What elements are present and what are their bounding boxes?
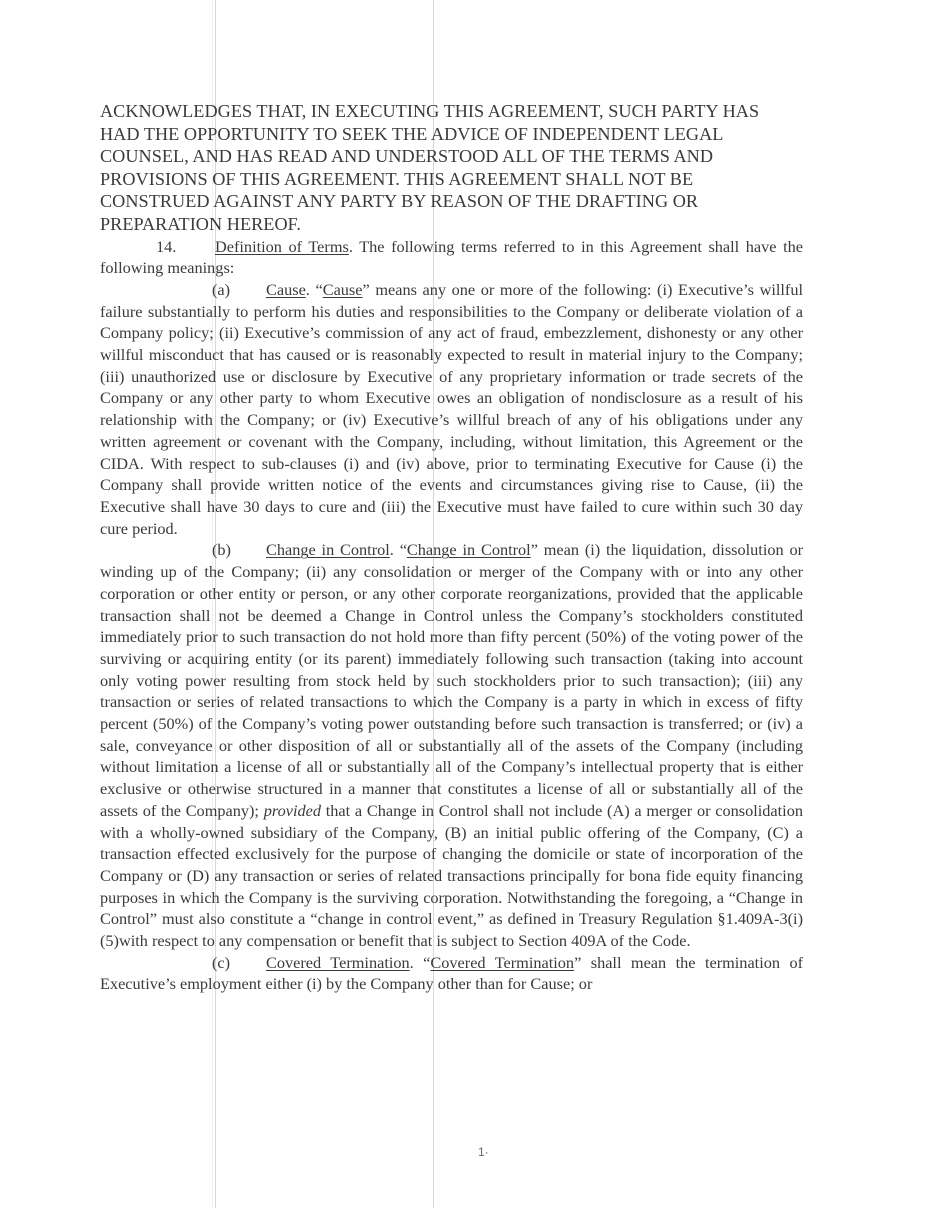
punctuation: . — [410, 953, 424, 972]
clause-label: (b) — [100, 539, 266, 561]
italic-term: provided — [264, 801, 321, 820]
acknowledgement-paragraph: ACKNOWLEDGES THAT, IN EXECUTING THIS AGR… — [100, 100, 803, 236]
clause-b: (b)Change in Control. “Change in Control… — [100, 539, 803, 951]
punctuation: “ — [315, 280, 322, 299]
clause-text: ” mean (i) the liquidation, dissolution … — [100, 540, 803, 819]
defined-term: Covered Termination — [430, 953, 574, 972]
clause-label: (a) — [100, 279, 266, 301]
clause-label: (c) — [100, 952, 266, 974]
section-title: Definition of Terms — [215, 237, 349, 256]
clause-c: (c)Covered Termination. “Covered Termina… — [100, 952, 803, 995]
document-page: ACKNOWLEDGES THAT, IN EXECUTING THIS AGR… — [100, 100, 803, 995]
section-14-heading: 14.Definition of Terms. The following te… — [100, 236, 803, 279]
clause-heading: Change in Control — [266, 540, 390, 559]
clause-a: (a)Cause. “Cause” means any one or more … — [100, 279, 803, 539]
clause-heading: Covered Termination — [266, 953, 410, 972]
page-number: 1· — [478, 1145, 489, 1159]
clause-text-continued: that a Change in Control shall not inclu… — [100, 801, 803, 950]
punctuation: . — [390, 540, 400, 559]
clause-heading: Cause — [266, 280, 306, 299]
defined-term: Cause — [323, 280, 363, 299]
punctuation: “ — [400, 540, 407, 559]
defined-term: Change in Control — [407, 540, 531, 559]
section-number: 14. — [100, 236, 215, 258]
clause-text: ” means any one or more of the following… — [100, 280, 803, 538]
